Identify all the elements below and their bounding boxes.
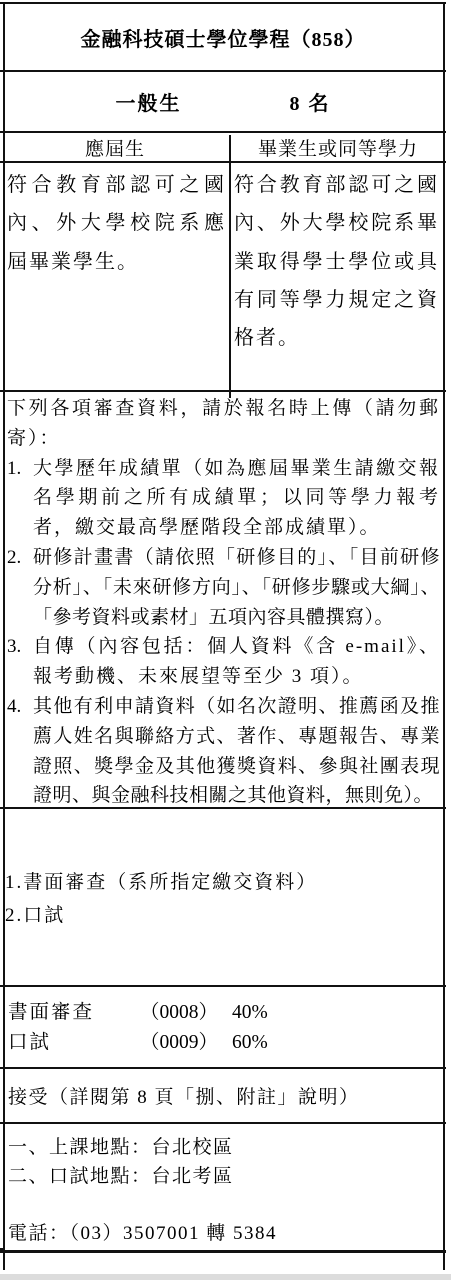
eligibility-fresh-text: 符合教育部認可之國內、外大學校院系應屆畢業學生。 xyxy=(0,163,230,390)
review-material-item: 1. 大學歷年成績單（如為應屆畢業生請繳交報名學期前之所有成績單；以同等學力報考… xyxy=(7,454,440,543)
item-text: 大學歷年成績單（如為應屆畢業生請繳交報名學期前之所有成績單；以同等學力報考者，繳… xyxy=(33,454,440,543)
program-title-row: 金融科技碩士學位學程（858） xyxy=(0,4,446,72)
item-number: 3. xyxy=(7,632,33,692)
class-location: 一、上課地點：台北校區 xyxy=(8,1133,440,1162)
review-material-item: 2. 研修計畫書（請依照「研修目的」、「目前研修分析」、「未來研修方向」、「研修… xyxy=(7,543,440,632)
eligibility-graduate-text: 符合教育部認可之國內、外大學校院系畢業取得學士學位或具有同等學力規定之資格者。 xyxy=(230,163,446,390)
phone-number: 電話：（03）3507001 轉 5384 xyxy=(8,1219,440,1248)
program-table: 金融科技碩士學位學程（858） 一般生 8 名 應屆生 畢業生或同等學力 符合教… xyxy=(0,2,446,1253)
quota-row: 一般生 8 名 xyxy=(0,72,446,133)
program-title: 金融科技碩士學位學程（858） xyxy=(81,23,366,52)
item-number: 2. xyxy=(7,543,33,632)
score-weight: 60% xyxy=(232,1028,268,1058)
item-text: 自傳（內容包括：個人資料《含 e-mail》、報考動機、未來展望等至少 3 項）… xyxy=(33,632,440,692)
quota-count: 8 名 xyxy=(290,87,331,116)
note-text: 接受（詳閱第 8 頁「捌、附註」說明） xyxy=(8,1087,360,1108)
eligibility-header-row: 應屆生 畢業生或同等學力 xyxy=(0,133,446,163)
review-materials-row: 下列各項審查資料，請於報名時上傳（請勿郵寄）： 1. 大學歷年成績單（如為應屆畢… xyxy=(0,392,446,809)
exam-method-row: 1.書面審查（系所指定繳交資料） 2.口試 xyxy=(0,809,446,987)
table-left-border xyxy=(3,2,5,1270)
score-line: 書面審查 （0008） 40% xyxy=(8,998,440,1028)
header-fresh-graduate: 應屆生 xyxy=(0,133,230,161)
score-weight: 40% xyxy=(232,998,268,1028)
cropped-column-tick xyxy=(0,1248,4,1250)
score-line: 口試 （0009） 60% xyxy=(8,1028,440,1058)
exam-method-item: 2.口試 xyxy=(5,899,440,932)
item-number: 1. xyxy=(7,454,33,543)
review-material-item: 3. 自傳（內容包括：個人資料《含 e-mail》、報考動機、未來展望等至少 3… xyxy=(7,632,440,692)
exam-method-item: 1.書面審查（系所指定繳交資料） xyxy=(5,866,440,899)
admission-table-page: 金融科技碩士學位學程（858） 一般生 8 名 應屆生 畢業生或同等學力 符合教… xyxy=(0,0,451,1280)
page-bottom-gap xyxy=(0,1274,451,1280)
score-label: 書面審查 xyxy=(8,998,140,1028)
review-material-item: 4. 其他有利申請資料（如名次證明、推薦函及推薦人姓名與聯絡方式、著作、專題報告… xyxy=(7,692,440,809)
interview-location: 二、口試地點：台北考區 xyxy=(8,1162,440,1191)
eligibility-column-divider xyxy=(229,135,231,398)
review-materials-intro: 下列各項審查資料，請於報名時上傳（請勿郵寄）： xyxy=(7,394,440,454)
note-row: 接受（詳閱第 8 頁「捌、附註」說明） xyxy=(0,1069,446,1124)
header-graduate-equivalent: 畢業生或同等學力 xyxy=(230,133,446,161)
admission-type: 一般生 xyxy=(116,87,182,116)
item-number: 4. xyxy=(7,692,33,809)
score-code: （0009） xyxy=(140,1028,232,1058)
location-row: 一、上課地點：台北校區 二、口試地點：台北考區 電話：（03）3507001 轉… xyxy=(0,1124,446,1253)
item-text: 其他有利申請資料（如名次證明、推薦函及推薦人姓名與聯絡方式、著作、專題報告、專業… xyxy=(33,692,440,809)
score-code: （0008） xyxy=(140,998,232,1028)
scoring-row: 書面審查 （0008） 40% 口試 （0009） 60% xyxy=(0,987,446,1069)
eligibility-row: 符合教育部認可之國內、外大學校院系應屆畢業學生。 符合教育部認可之國內、外大學校… xyxy=(0,163,446,392)
score-label: 口試 xyxy=(8,1028,140,1058)
item-text: 研修計畫書（請依照「研修目的」、「目前研修分析」、「未來研修方向」、「研修步驟或… xyxy=(33,543,440,632)
table-right-border xyxy=(443,2,445,1270)
